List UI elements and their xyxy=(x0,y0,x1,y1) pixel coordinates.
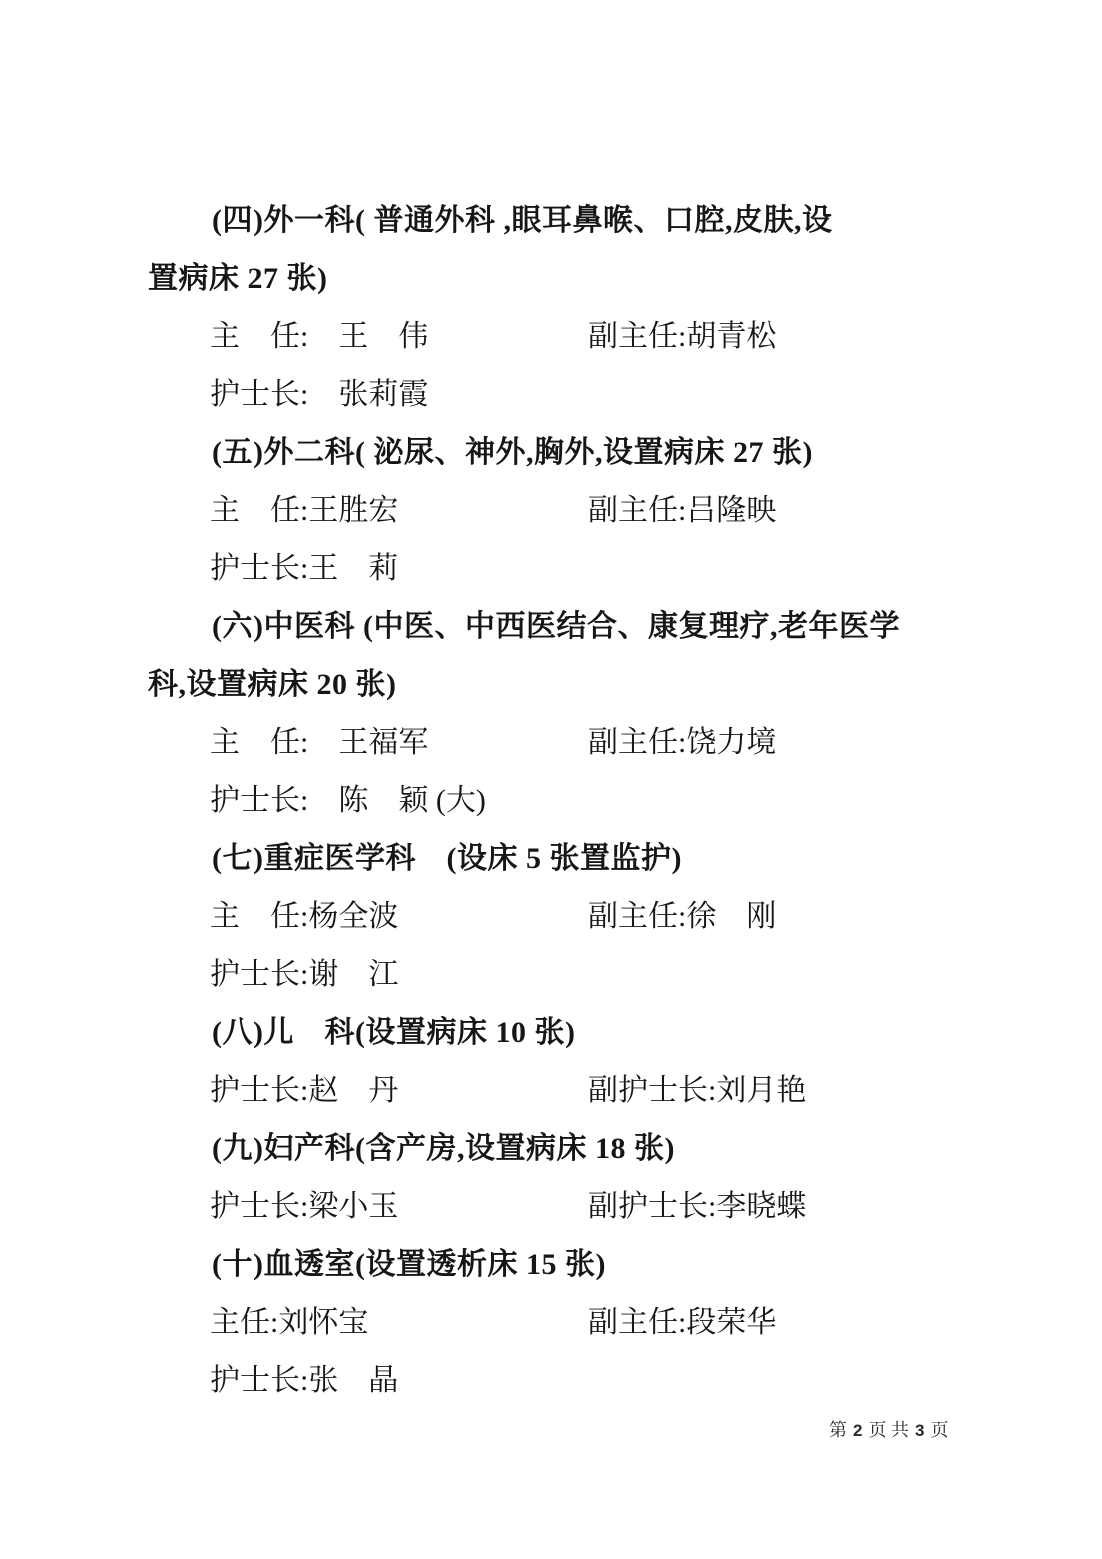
staff-row: 主 任:杨全波副主任:徐 刚 xyxy=(148,888,978,946)
document-body: (四)外一科( 普通外科 ,眼耳鼻喉、口腔,皮肤,设置病床 27 张)主 任: … xyxy=(148,192,978,1410)
staff-row: 护士长:张 晶 xyxy=(148,1352,978,1410)
staff-row: 护士长:谢 江 xyxy=(148,946,978,1004)
staff-role-right: 副主任:徐 刚 xyxy=(588,888,776,946)
section-heading-line: 科,设置病床 20 张) xyxy=(148,656,978,714)
staff-role-left: 护士长:赵 丹 xyxy=(210,1062,398,1120)
footer-page-number: 2 xyxy=(853,1421,862,1440)
page-footer: 第2页 共3页 xyxy=(826,1413,951,1448)
section-heading-line: 置病床 27 张) xyxy=(148,250,978,308)
section-heading-line: (六)中医科 (中医、中西医结合、康复理疗,老年医学 xyxy=(148,598,978,656)
staff-row: 主 任: 王福军副主任:饶力境 xyxy=(148,714,978,772)
staff-row: 护士长:梁小玉副护士长:李晓蝶 xyxy=(148,1178,978,1236)
section-heading-line: (八)儿 科(设置病床 10 张) xyxy=(148,1004,978,1062)
document-page: (四)外一科( 普通外科 ,眼耳鼻喉、口腔,皮肤,设置病床 27 张)主 任: … xyxy=(0,0,1102,1559)
staff-role-right: 副主任:段荣华 xyxy=(588,1294,776,1352)
footer-label-suffix: 页 xyxy=(930,1420,948,1440)
staff-row: 护士长: 张莉霞 xyxy=(148,366,978,424)
staff-role-left: 主 任:杨全波 xyxy=(210,888,398,946)
section-heading-line: (九)妇产科(含产房,设置病床 18 张) xyxy=(148,1120,978,1178)
staff-role-left: 主 任:王胜宏 xyxy=(210,482,398,540)
section-heading-line: (七)重症医学科 (设床 5 张置监护) xyxy=(148,830,978,888)
staff-row: 主 任: 王 伟副主任:胡青松 xyxy=(148,308,978,366)
staff-role-left: 护士长: 张莉霞 xyxy=(210,366,428,424)
staff-role-right: 副护士长:刘月艳 xyxy=(588,1062,806,1120)
footer-total-pages: 3 xyxy=(915,1421,924,1440)
staff-role-left: 护士长:谢 江 xyxy=(210,946,398,1004)
section-heading-line: (十)血透室(设置透析床 15 张) xyxy=(148,1236,978,1294)
staff-row: 主 任:王胜宏副主任:吕隆映 xyxy=(148,482,978,540)
staff-role-left: 主 任: 王福军 xyxy=(210,714,428,772)
staff-role-left: 主 任: 王 伟 xyxy=(210,308,428,366)
staff-row: 护士长:赵 丹副护士长:刘月艳 xyxy=(148,1062,978,1120)
staff-role-left: 护士长:王 莉 xyxy=(210,540,398,598)
footer-label-prefix: 第 xyxy=(829,1420,847,1440)
staff-role-right: 副护士长:李晓蝶 xyxy=(588,1178,806,1236)
staff-role-right: 副主任:胡青松 xyxy=(588,308,776,366)
staff-role-right: 副主任:吕隆映 xyxy=(588,482,776,540)
staff-row: 护士长: 陈 颖 (大) xyxy=(148,772,978,830)
staff-role-right: 副主任:饶力境 xyxy=(588,714,776,772)
staff-role-left: 护士长:梁小玉 xyxy=(210,1178,398,1236)
staff-role-left: 主任:刘怀宝 xyxy=(210,1294,368,1352)
staff-role-left: 护士长:张 晶 xyxy=(210,1352,398,1410)
staff-row: 护士长:王 莉 xyxy=(148,540,978,598)
staff-role-left: 护士长: 陈 颖 (大) xyxy=(210,772,486,830)
staff-row: 主任:刘怀宝副主任:段荣华 xyxy=(148,1294,978,1352)
section-heading-line: (五)外二科( 泌尿、神外,胸外,设置病床 27 张) xyxy=(148,424,978,482)
footer-label-middle: 页 共 xyxy=(868,1420,909,1440)
section-heading-line: (四)外一科( 普通外科 ,眼耳鼻喉、口腔,皮肤,设 xyxy=(148,192,978,250)
